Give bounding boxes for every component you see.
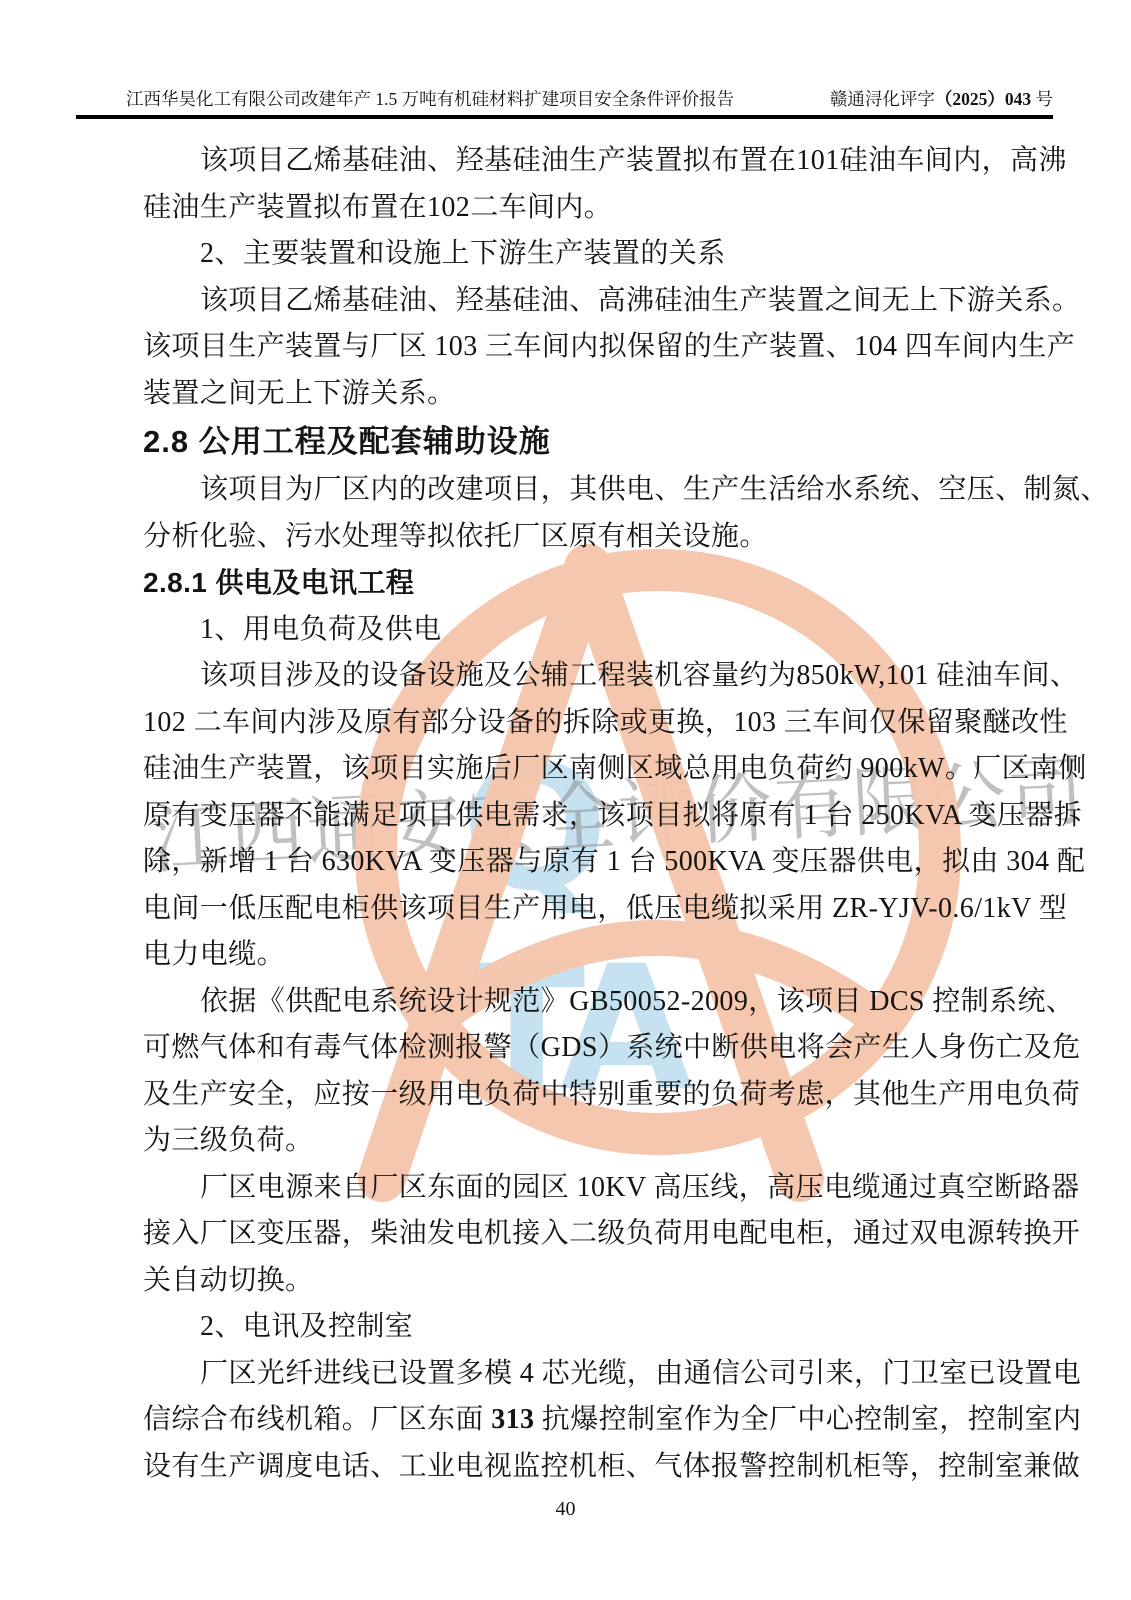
text-line: 硅油生产装置，该项目实施后厂区南侧区域总用电负荷约 900kW。厂区南侧: [143, 746, 1015, 793]
text-line: 1、用电负荷及供电: [143, 607, 1015, 654]
text-run: 接入厂区变压器，柴油发电机接入二级负荷用电配电柜，通过双电源转换开: [143, 1218, 1080, 1249]
reference-number: 043: [1005, 89, 1031, 109]
bold-text-run: 313: [491, 1404, 534, 1435]
text-run: 102 二车间内涉及原有部分设备的拆除或更换，103 三车间仅保留聚醚改性: [143, 707, 1068, 738]
text-line: 依据《供配电系统设计规范》GB50052-2009，该项目 DCS 控制系统、: [143, 979, 1015, 1026]
text-run: 为三级负荷。: [143, 1125, 313, 1156]
text-line: 该项目乙烯基硅油、羟基硅油、高沸硅油生产装置之间无上下游关系。: [143, 278, 1015, 325]
bold-text-run: 2.8 公用工程及配套辅助设施: [143, 424, 551, 459]
text-run: 设有生产调度电话、工业电视监控机柜、气体报警控制机柜等，控制室兼做: [143, 1451, 1080, 1482]
text-line: 电间一低压配电柜供该项目生产用电，低压电缆拟采用 ZR-YJV-0.6/1kV …: [143, 886, 1015, 933]
text-line: 接入厂区变压器，柴油发电机接入二级负荷用电配电柜，通过双电源转换开: [143, 1211, 1015, 1258]
text-run: 该项目涉及的设备设施及公辅工程装机容量约为850kW,101 硅油车间、: [200, 660, 1078, 691]
text-line: 厂区光纤进线已设置多模 4 芯光缆，由通信公司引来，门卫室已设置电: [143, 1351, 1015, 1398]
text-run: 厂区电源来自厂区东面的园区 10KV 高压线，高压电缆通过真空断路器: [200, 1172, 1080, 1203]
text-run: 该项目为厂区内的改建项目，其供电、生产生活给水系统、空压、制氮、: [200, 474, 1109, 505]
text-run: 2、主要装置和设施上下游生产装置的关系: [200, 238, 726, 269]
text-run: 分析化验、污水处理等拟依托厂区原有相关设施。: [143, 521, 768, 552]
reference-prefix: 赣通浔化评字: [830, 89, 935, 109]
text-run: 厂区光纤进线已设置多模 4 芯光缆，由通信公司引来，门卫室已设置电: [200, 1358, 1081, 1389]
text-line: 原有变压器不能满足项目供电需求，该项目拟将原有 1 台 250KVA 变压器拆: [143, 793, 1015, 840]
text-line: 该项目生产装置与厂区 103 三车间内拟保留的生产装置、104 四车间内生产: [143, 324, 1015, 371]
text-line: 分析化验、污水处理等拟依托厂区原有相关设施。: [143, 514, 1015, 561]
text-run: 及生产安全，应按一级用电负荷中特别重要的负荷考虑，其他生产用电负荷: [143, 1079, 1080, 1110]
document-page: Q TA 江西通安安全评价有限公司 江西华昊化工有限公司改建年产 1.5 万吨有…: [0, 0, 1131, 1600]
reference-suffix: 号: [1031, 89, 1053, 109]
section-heading: 2.8.1 供电及电讯工程: [143, 560, 1015, 607]
text-line: 厂区电源来自厂区东面的园区 10KV 高压线，高压电缆通过真空断路器: [143, 1165, 1015, 1212]
text-line: 2、电讯及控制室: [143, 1304, 1015, 1351]
text-run: 可燃气体和有毒气体检测报警（GDS）系统中断供电将会产生人身伤亡及危: [143, 1032, 1081, 1063]
document-body: 该项目乙烯基硅油、羟基硅油生产装置拟布置在101硅油车间内，高沸硅油生产装置拟布…: [143, 138, 1015, 1490]
text-run: 电力电缆。: [143, 939, 285, 970]
text-run: 原有变压器不能满足项目供电需求，该项目拟将原有 1 台 250KVA 变压器拆: [143, 800, 1082, 831]
text-line: 装置之间无上下游关系。: [143, 371, 1015, 418]
text-run: 该项目乙烯基硅油、羟基硅油、高沸硅油生产装置之间无上下游关系。: [200, 285, 1080, 316]
text-line: 除，新增 1 台 630KVA 变压器与原有 1 台 500KVA 变压器供电，…: [143, 839, 1015, 886]
text-line: 信综合布线机箱。厂区东面 313 抗爆控制室作为全厂中心控制室，控制室内: [143, 1397, 1015, 1444]
text-run: 2、电讯及控制室: [200, 1311, 413, 1342]
text-line: 该项目乙烯基硅油、羟基硅油生产装置拟布置在101硅油车间内，高沸: [143, 138, 1015, 185]
text-run: 关自动切换。: [143, 1265, 313, 1296]
text-run: 硅油生产装置拟布置在102二车间内。: [143, 192, 612, 223]
document-reference-number: 赣通浔化评字（2025）043 号: [830, 86, 1053, 112]
text-line: 2、主要装置和设施上下游生产装置的关系: [143, 231, 1015, 278]
text-run: 除，新增 1 台 630KVA 变压器与原有 1 台 500KVA 变压器供电，…: [143, 846, 1085, 877]
text-line: 电力电缆。: [143, 932, 1015, 979]
text-run: 该项目乙烯基硅油、羟基硅油生产装置拟布置在101硅油车间内，高沸: [200, 145, 1067, 176]
text-line: 硅油生产装置拟布置在102二车间内。: [143, 185, 1015, 232]
page-number: 40: [0, 1498, 1131, 1521]
section-heading: 2.8 公用工程及配套辅助设施: [143, 417, 1015, 467]
text-run: 抗爆控制室作为全厂中心控制室，控制室内: [534, 1404, 1081, 1435]
text-line: 为三级负荷。: [143, 1118, 1015, 1165]
text-run: 依据《供配电系统设计规范》GB50052-2009，该项目 DCS 控制系统、: [200, 986, 1074, 1017]
page-header: 江西华昊化工有限公司改建年产 1.5 万吨有机硅材料扩建项目安全条件评价报告 赣…: [76, 86, 1053, 112]
bold-text-run: 2.8.1 供电及电讯工程: [143, 567, 414, 598]
text-line: 及生产安全，应按一级用电负荷中特别重要的负荷考虑，其他生产用电负荷: [143, 1072, 1015, 1119]
report-title-header: 江西华昊化工有限公司改建年产 1.5 万吨有机硅材料扩建项目安全条件评价报告: [76, 86, 734, 112]
text-line: 该项目为厂区内的改建项目，其供电、生产生活给水系统、空压、制氮、: [143, 467, 1015, 514]
text-run: 该项目生产装置与厂区 103 三车间内拟保留的生产装置、104 四车间内生产: [143, 331, 1075, 362]
text-line: 设有生产调度电话、工业电视监控机柜、气体报警控制机柜等，控制室兼做: [143, 1444, 1015, 1491]
text-run: 装置之间无上下游关系。: [143, 378, 455, 409]
reference-year: （2025）: [935, 89, 1005, 109]
text-line: 该项目涉及的设备设施及公辅工程装机容量约为850kW,101 硅油车间、: [143, 653, 1015, 700]
text-line: 102 二车间内涉及原有部分设备的拆除或更换，103 三车间仅保留聚醚改性: [143, 700, 1015, 747]
text-run: 硅油生产装置，该项目实施后厂区南侧区域总用电负荷约 900kW。厂区南侧: [143, 753, 1087, 784]
header-divider-line: [76, 115, 1053, 119]
text-run: 电间一低压配电柜供该项目生产用电，低压电缆拟采用 ZR-YJV-0.6/1kV …: [143, 893, 1067, 924]
text-run: 信综合布线机箱。厂区东面: [143, 1404, 491, 1435]
text-run: 1、用电负荷及供电: [200, 614, 442, 645]
text-line: 可燃气体和有毒气体检测报警（GDS）系统中断供电将会产生人身伤亡及危: [143, 1025, 1015, 1072]
text-line: 关自动切换。: [143, 1258, 1015, 1305]
